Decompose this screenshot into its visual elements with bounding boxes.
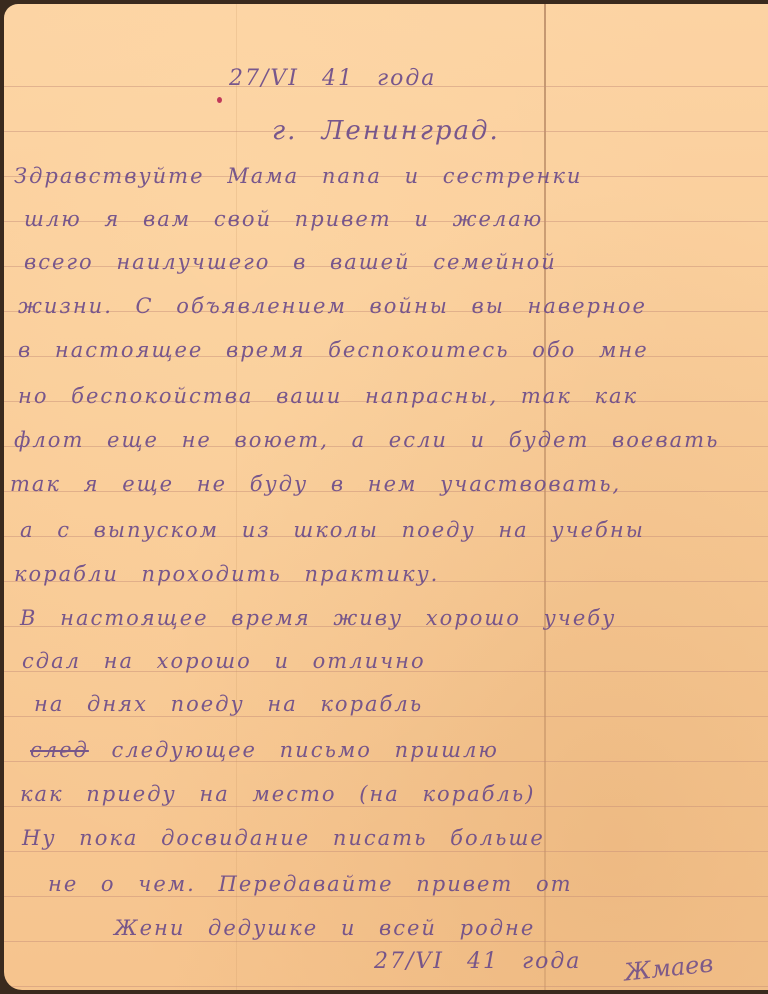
letter-line: Ну пока досвидание писать больше [22, 826, 545, 850]
letter-line: но беспокойства ваши напрасны, так как [18, 384, 638, 408]
ruled-line [4, 851, 768, 852]
ruled-line [4, 941, 768, 942]
letter-line: Здравствуйте Мама папа и сестренки [14, 164, 582, 188]
struck-word: след [30, 738, 89, 762]
letter-line: В настоящее время живу хорошо учебу [20, 606, 616, 630]
letter-line: шлю я вам свой привет и желаю [24, 207, 543, 231]
ruled-line [4, 716, 768, 717]
letter-line: всего наилучшего в вашей семейной [24, 250, 557, 274]
letter-line: корабли проходить практику. [14, 562, 439, 586]
header-place: г. Ленинград. [272, 116, 500, 146]
letter-line: как приеду на место (на корабль) [20, 782, 535, 806]
letter-line: след следующее письмо пришлю [30, 738, 499, 762]
letter-line: на днях поеду на корабль [34, 692, 423, 716]
letter-sheet: 27/VI 41 года г. Ленинград. Здравствуйте… [4, 4, 768, 990]
header-date: 27/VI 41 года [229, 66, 436, 91]
ruled-line [4, 896, 768, 897]
letter-line: так я еще не буду в нем участвовать, [10, 472, 621, 496]
letter-line: а с выпуском из школы поеду на учебны [20, 518, 645, 542]
letter-line: в настоящее время беспокоитесь обо мне [18, 338, 649, 362]
ruled-line [4, 806, 768, 807]
letter-line: флот еще не воюет, а если и будет воеват… [14, 428, 719, 452]
letter-line: сдал на хорошо и отлично [22, 649, 426, 673]
ruled-line [4, 986, 768, 987]
letter-line: не о чем. Передавайте привет от [48, 872, 573, 896]
signature: Жмаев [623, 949, 715, 986]
ink-stain [217, 97, 222, 103]
letter-line: жизни. С объявлением войны вы наверное [18, 294, 647, 318]
letter-line: Жени дедушке и всей родне [114, 916, 535, 940]
closing-date: 27/VI 41 года [374, 949, 581, 974]
